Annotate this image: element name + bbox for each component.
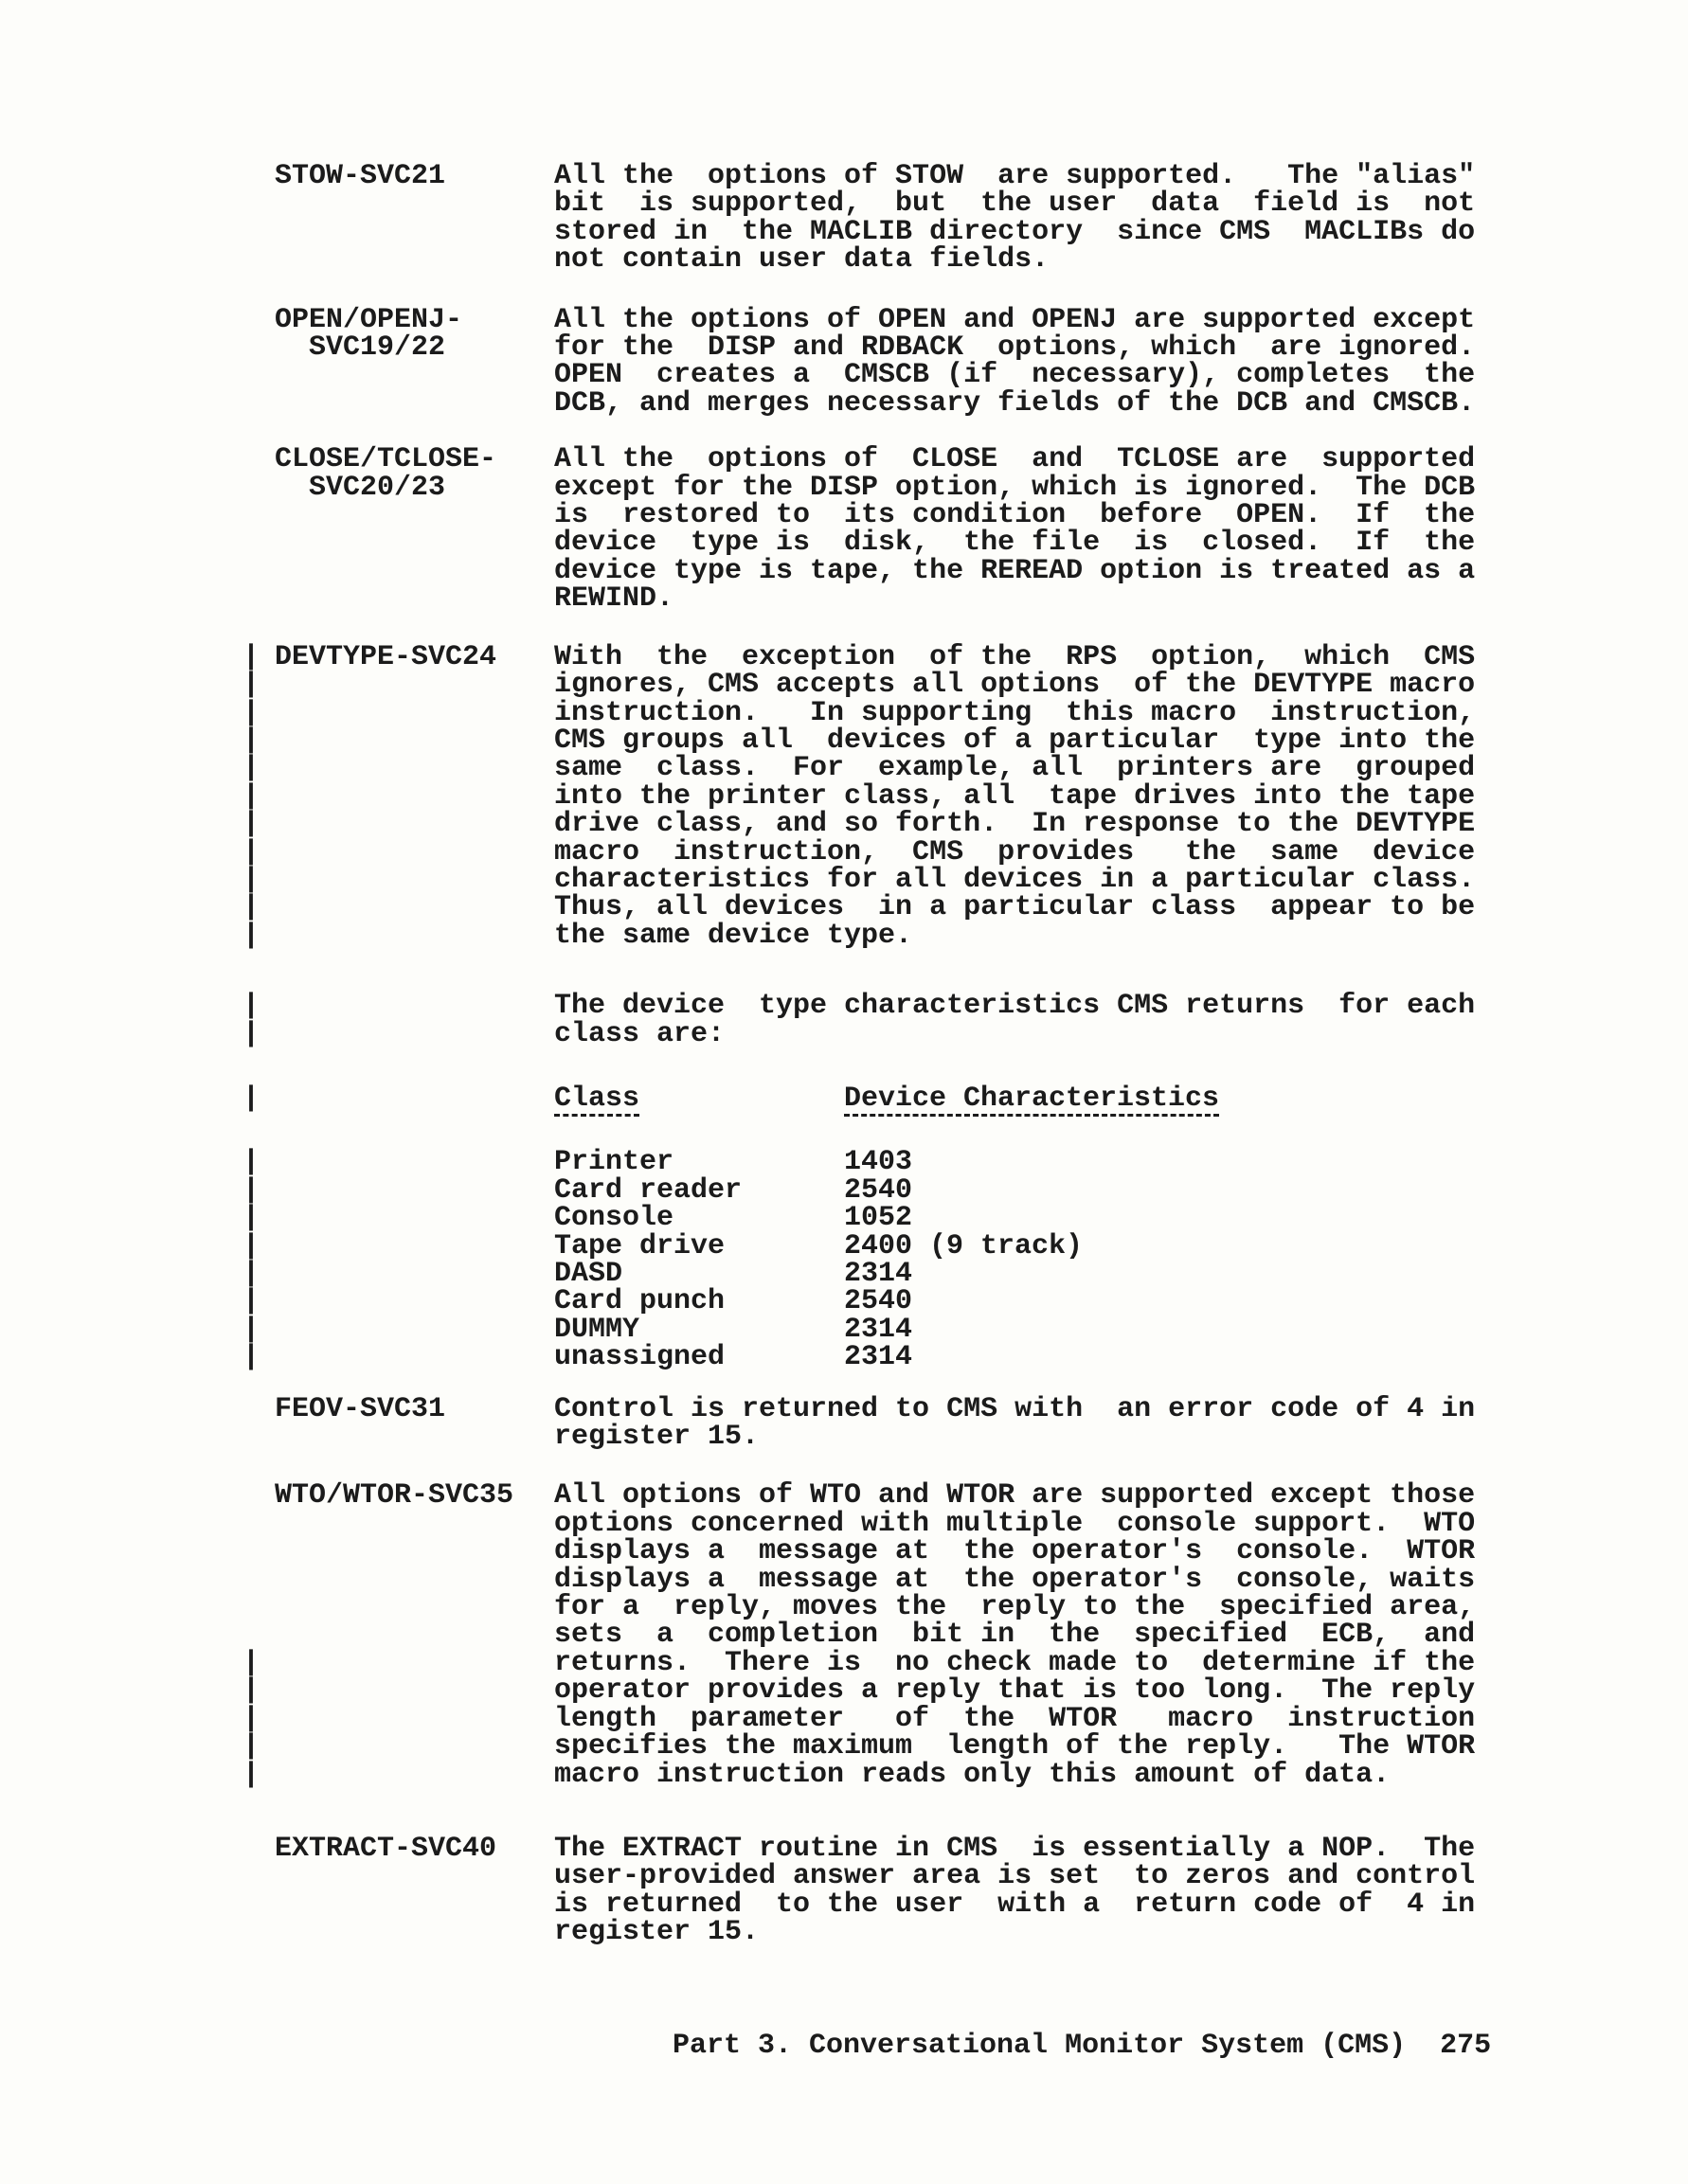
- device-cell: 1403: [844, 1149, 912, 1176]
- note-text: The device type characteristics CMS retu…: [554, 993, 1482, 1048]
- svc-description: With the exception of the RPS option, wh…: [554, 644, 1482, 950]
- class-header-text: Class: [554, 1085, 639, 1117]
- table-row: DUMMY2314: [554, 1316, 1482, 1344]
- device-cell: 2314: [844, 1316, 912, 1344]
- revision-bar-column: | |: [242, 993, 275, 1048]
- class-cell: Console: [554, 1205, 844, 1232]
- svc-label: WTO/WTOR-SVC35: [275, 1482, 554, 1510]
- entry-close-tclose-svc20-23: CLOSE/TCLOSE- SVC20/23 All the options o…: [242, 446, 1688, 613]
- svc-label: DEVTYPE-SVC24: [275, 644, 554, 671]
- svc-description: Control is returned to CMS with an error…: [554, 1396, 1482, 1452]
- svc-label: OPEN/OPENJ- SVC19/22: [275, 307, 554, 363]
- svc-description: All the options of OPEN and OPENJ are su…: [554, 307, 1482, 419]
- svc-label: CLOSE/TCLOSE- SVC20/23: [275, 446, 554, 502]
- scanned-manual-page: STOW-SVC21 All the options of STOW are s…: [0, 0, 1688, 2184]
- svc-description: All the options of STOW are supported. T…: [554, 163, 1482, 275]
- device-cell: 2540: [844, 1288, 912, 1316]
- entry-wto-wtor-svc35: | | | | | WTO/WTOR-SVC35 All options of …: [242, 1482, 1688, 1788]
- svc-description: The EXTRACT routine in CMS is essentiall…: [554, 1835, 1482, 1947]
- svc-label: FEOV-SVC31: [275, 1396, 554, 1423]
- class-cell: Printer: [554, 1149, 844, 1176]
- device-cell: 2314: [844, 1344, 912, 1371]
- table-header-device: Device Characteristics: [844, 1085, 1219, 1117]
- table-row: DASD2314: [554, 1261, 1482, 1288]
- entry-extract-svc40: EXTRACT-SVC40 The EXTRACT routine in CMS…: [242, 1835, 1688, 1947]
- device-header-text: Device Characteristics: [844, 1085, 1219, 1117]
- entry-feov-svc31: FEOV-SVC31 Control is returned to CMS wi…: [242, 1396, 1688, 1452]
- device-table-header-row: Class Device Characteristics: [554, 1085, 1482, 1117]
- class-cell: Card punch: [554, 1288, 844, 1316]
- table-row: Card reader2540: [554, 1177, 1482, 1205]
- svc-description: All the options of CLOSE and TCLOSE are …: [554, 446, 1482, 613]
- device-table-body: Printer1403 Card reader2540 Console1052 …: [554, 1149, 1482, 1371]
- svc-label: EXTRACT-SVC40: [275, 1835, 554, 1863]
- table-header-class: Class: [554, 1085, 844, 1117]
- class-cell: Card reader: [554, 1177, 844, 1205]
- device-table-header: | Class Device Characteristics: [242, 1085, 1688, 1117]
- revision-bar-column: |: [242, 1085, 275, 1113]
- device-cell: 1052: [844, 1205, 912, 1232]
- entry-devtype-svc24: | | | | | | | | | | | DEVTYPE-SVC24 With…: [242, 644, 1688, 950]
- class-cell: unassigned: [554, 1344, 844, 1371]
- revision-bar-column: | | | | | | | |: [242, 1149, 275, 1371]
- class-cell: Tape drive: [554, 1233, 844, 1261]
- svc-description: All options of WTO and WTOR are supporte…: [554, 1482, 1482, 1788]
- class-cell: DASD: [554, 1261, 844, 1288]
- page-footer: Part 3. Conversational Monitor System (C…: [673, 2032, 1491, 2060]
- device-cell: 2540: [844, 1177, 912, 1205]
- device-table: | | | | | | | | Printer1403 Card reader2…: [242, 1149, 1688, 1371]
- table-row: Console1052: [554, 1205, 1482, 1232]
- revision-bar-column: | | | | | | | | | | |: [242, 644, 275, 950]
- devtype-note-paragraph: | | The device type characteristics CMS …: [242, 993, 1688, 1048]
- entry-stow-svc21: STOW-SVC21 All the options of STOW are s…: [242, 163, 1688, 275]
- table-row: Printer1403: [554, 1149, 1482, 1176]
- device-cell: 2400 (9 track): [844, 1233, 1083, 1261]
- class-cell: DUMMY: [554, 1316, 844, 1344]
- table-row: unassigned2314: [554, 1344, 1482, 1371]
- svc-label: STOW-SVC21: [275, 163, 554, 190]
- device-cell: 2314: [844, 1261, 912, 1288]
- page-content: STOW-SVC21 All the options of STOW are s…: [0, 0, 1688, 1947]
- revision-bar-column: | | | | |: [242, 1482, 275, 1788]
- table-row: Card punch2540: [554, 1288, 1482, 1316]
- entry-open-openj-svc19-22: OPEN/OPENJ- SVC19/22 All the options of …: [242, 307, 1688, 419]
- table-row: Tape drive2400 (9 track): [554, 1233, 1482, 1261]
